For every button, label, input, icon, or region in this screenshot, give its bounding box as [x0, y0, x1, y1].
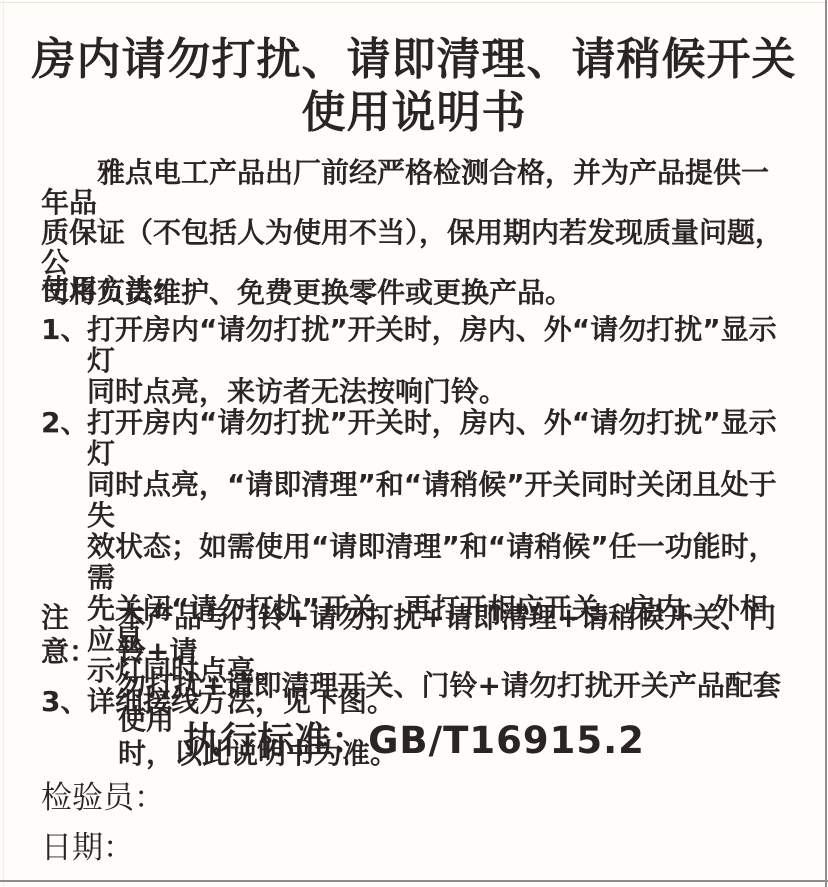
usage-item-1-line-2: 同时点亮，来访者无法按响门铃。: [87, 376, 793, 407]
top-border: [0, 2, 828, 3]
list-marker-2: 2、: [41, 407, 87, 438]
title-line-1: 房内请勿打扰、请即清理、请稍候开关: [0, 33, 828, 86]
usage-section-heading: 使用方法：: [41, 274, 181, 306]
warranty-line-1: 雅点电工产品出厂前经严格检测合格，并为产品提供一年品: [41, 158, 789, 218]
notice-line-1: 本产品与门铃+请勿打扰+请即清理+请稍候开关、门铃+请: [118, 601, 797, 669]
usage-item-2-line-3: 效状态；如需使用“请即清理”和“请稍候”任一功能时，需: [87, 531, 793, 593]
usage-item-1: 1、 打开房内“请勿打扰”开关时，房内、外“请勿打扰”显示灯 同时点亮，来访者无…: [41, 314, 793, 407]
usage-item-2-line-1: 打开房内“请勿打扰”开关时，房内、外“请勿打扰”显示灯: [87, 407, 793, 469]
usage-item-1-line-1: 打开房内“请勿打扰”开关时，房内、外“请勿打扰”显示灯: [87, 314, 793, 376]
bottom-border: [0, 880, 828, 882]
notice-label: 注意：: [41, 601, 118, 669]
usage-item-1-content: 打开房内“请勿打扰”开关时，房内、外“请勿打扰”显示灯 同时点亮，来访者无法按响…: [87, 314, 793, 407]
warranty-line-2: 质保证（不包括人为使用不当），保用期内若发现质量问题，公: [41, 218, 789, 278]
standard-label: 执行标准：: [183, 719, 368, 762]
usage-item-2-line-2: 同时点亮，“请即清理”和“请稍候”开关同时关闭且处于失: [87, 469, 793, 531]
inspector-label: 检验员：: [41, 778, 165, 818]
date-label: 日期：: [41, 828, 134, 868]
list-marker-1: 1、: [41, 314, 87, 345]
execution-standard-line: 执行标准：GB/T16915.2: [0, 718, 828, 764]
title-line-2: 使用说明书: [0, 86, 828, 139]
standard-value: GB/T16915.2: [368, 719, 645, 762]
instruction-manual-page: 房内请勿打扰、请即清理、请稍候开关 使用说明书 雅点电工产品出厂前经严格检测合格…: [0, 0, 828, 887]
document-title: 房内请勿打扰、请即清理、请稍候开关 使用说明书: [0, 33, 828, 139]
